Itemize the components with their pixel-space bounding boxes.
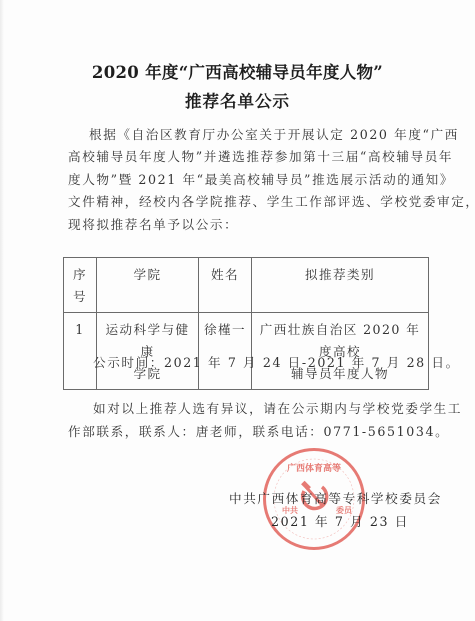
contact-line-1: 如对以上推荐人选有异议，请在公示期内与学校党委学生工 xyxy=(93,398,462,417)
header-nomination-type: 拟推荐类别 xyxy=(252,258,429,313)
signing-date: 2021 年 7 月 23 日 xyxy=(271,511,409,530)
signing-organization: 中共广西体育高等专科学校委员会 xyxy=(229,488,442,507)
document-title: 2020 年度“广西高校辅导员年度人物” xyxy=(0,59,475,83)
document-subtitle: 推荐名单公示 xyxy=(0,88,475,112)
intro-line-4: 文件精神，经校内各学院推荐、学生工作部评选、学校党委审定， xyxy=(68,191,475,210)
svg-text:广西体育高等: 广西体育高等 xyxy=(286,462,341,474)
intro-line-5: 现将拟推荐名单予以公示： xyxy=(68,214,238,233)
cell-nomination-type: 广西壮族自治区 2020 年度高校 辅导员年度人物 xyxy=(252,313,429,390)
header-serial-number: 序 号 xyxy=(64,258,97,313)
document-page: 2020 年度“广西高校辅导员年度人物” 推荐名单公示 根据《自治区教育厅办公室… xyxy=(0,0,475,621)
header-name: 姓名 xyxy=(199,258,252,313)
cell-name: 徐槿一 xyxy=(199,313,252,390)
cell-serial-number: 1 xyxy=(64,313,97,390)
contact-line-2: 作部联系，联系人：唐老师，联系电话：0771-5651034。 xyxy=(68,421,449,440)
intro-line-1: 根据《自治区教育厅办公室关于开展认定 2020 年度“广西 xyxy=(89,124,459,143)
intro-line-2: 高校辅导员年度人物”并遴选推荐参加第十三届“高校辅导员年 xyxy=(68,146,453,165)
publicity-period: 公示时间：2021 年 7 月 24 日-2021 年 7 月 28 日。 xyxy=(93,352,460,371)
cell-college: 运动科学与健康 学院 xyxy=(97,313,199,390)
table-row: 1 运动科学与健康 学院 徐槿一 广西壮族自治区 2020 年度高校 辅导员年度… xyxy=(64,313,429,390)
header-college: 学院 xyxy=(97,258,199,313)
intro-line-3: 度人物”暨 2021 年“最美高校辅导员”推选展示活动的通知》 xyxy=(68,169,454,188)
table-header-row: 序 号 学院 姓名 拟推荐类别 xyxy=(64,258,429,313)
